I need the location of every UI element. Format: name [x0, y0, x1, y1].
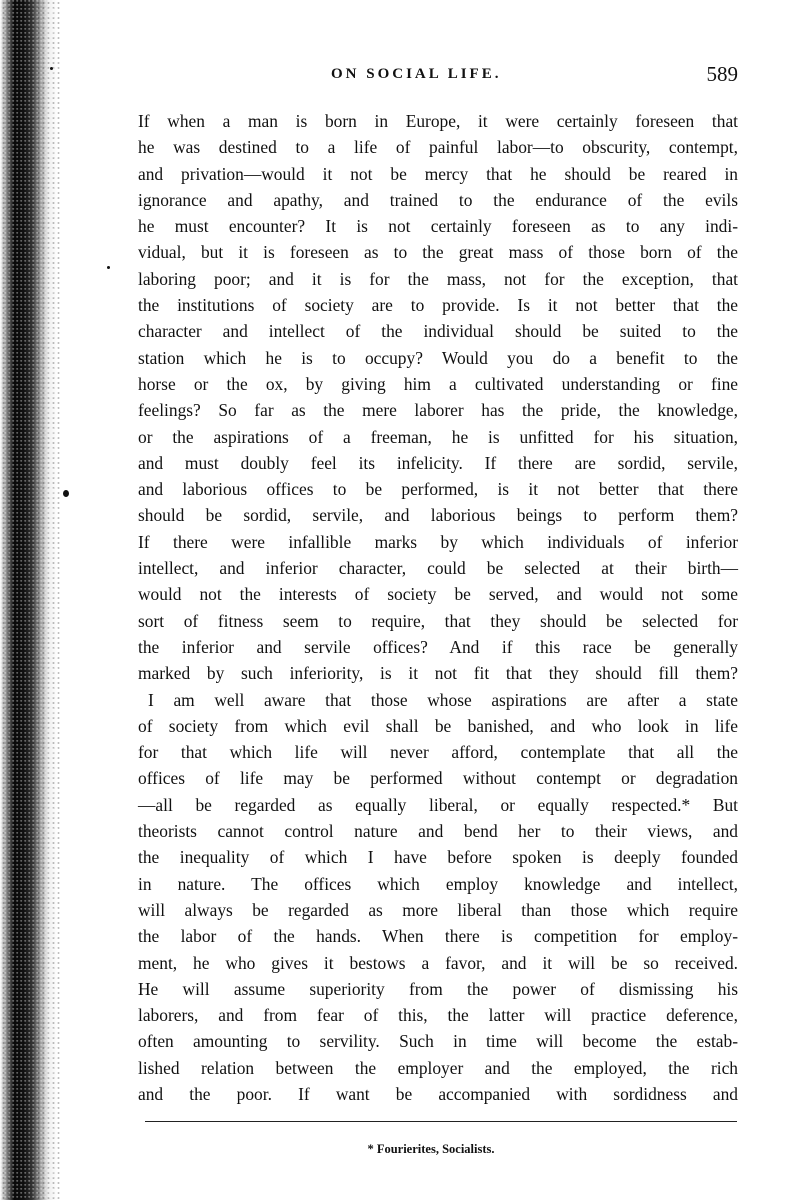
text-line: for that which life will never afford, c… [138, 739, 738, 765]
text-line: offices of life may be performed without… [138, 765, 738, 791]
text-line: —all be regarded as equally liberal, or … [138, 792, 738, 818]
text-line: in nature. The offices which employ know… [138, 871, 738, 897]
text-line: theorists cannot control nature and bend… [138, 818, 738, 844]
text-line: If there were infallible marks by which … [138, 529, 738, 555]
text-line: He will assume superiority from the powe… [138, 976, 738, 1002]
page-number: 589 [707, 62, 739, 87]
text-line: he must encounter? It is not certainly f… [138, 213, 738, 239]
scan-speck [50, 67, 53, 70]
scan-speck [107, 266, 110, 269]
paragraph-start-line: I am well aware that those whose aspirat… [138, 687, 738, 713]
text-line: feelings? So far as the mere laborer has… [138, 397, 738, 423]
text-line: should be sordid, servile, and laborious… [138, 502, 738, 528]
text-line: the institutions of society are to provi… [138, 292, 738, 318]
text-line: character and intellect of the individua… [138, 318, 738, 344]
scan-speck [63, 490, 69, 497]
text-line: lished relation between the employer and… [138, 1055, 738, 1081]
text-line: sort of fitness seem to require, that th… [138, 608, 738, 634]
text-line: ignorance and apathy, and trained to the… [138, 187, 738, 213]
text-line: station which he is to occupy? Would you… [138, 345, 738, 371]
text-line: and privation—would it not be mercy that… [138, 161, 738, 187]
text-line: and laborious offices to be performed, i… [138, 476, 738, 502]
text-line: will always be regarded as more liberal … [138, 897, 738, 923]
page-header: ON SOCIAL LIFE. 589 [138, 60, 738, 100]
text-line: the labor of the hands. When there is co… [138, 923, 738, 949]
text-line: of society from which evil shall be bani… [138, 713, 738, 739]
footnote-rule [145, 1121, 737, 1122]
text-line: often amounting to servility. Such in ti… [138, 1028, 738, 1054]
text-line: intellect, and inferior character, could… [138, 555, 738, 581]
text-line: horse or the ox, by giving him a cultiva… [138, 371, 738, 397]
text-line: and must doubly feel its infelicity. If … [138, 450, 738, 476]
text-line: he was destined to a life of painful lab… [138, 134, 738, 160]
book-page: ON SOCIAL LIFE. 589 If when a man is bor… [138, 60, 738, 1107]
text-line: and the poor. If want be accompanied wit… [138, 1081, 738, 1107]
body-text: If when a man is born in Europe, it were… [138, 108, 738, 1107]
text-line: If when a man is born in Europe, it were… [138, 108, 738, 134]
running-title: ON SOCIAL LIFE. [331, 66, 501, 83]
text-line: marked by such inferiority, is it not fi… [138, 660, 738, 686]
footnote: * Fourierites, Socialists. [0, 1142, 807, 1157]
text-line: or the aspirations of a freeman, he is u… [138, 424, 738, 450]
text-line: laborers, and from fear of this, the lat… [138, 1002, 738, 1028]
text-line: vidual, but it is foreseen as to the gre… [138, 239, 738, 265]
text-line: the inequality of which I have before sp… [138, 844, 738, 870]
text-line: would not the interests of society be se… [138, 581, 738, 607]
text-line: ment, he who gives it bestows a favor, a… [138, 950, 738, 976]
binding-shadow-texture [0, 0, 60, 1200]
text-line: the inferior and servile offices? And if… [138, 634, 738, 660]
footnote-text: * Fourierites, Socialists. [367, 1142, 494, 1156]
text-line: laboring poor; and it is for the mass, n… [138, 266, 738, 292]
